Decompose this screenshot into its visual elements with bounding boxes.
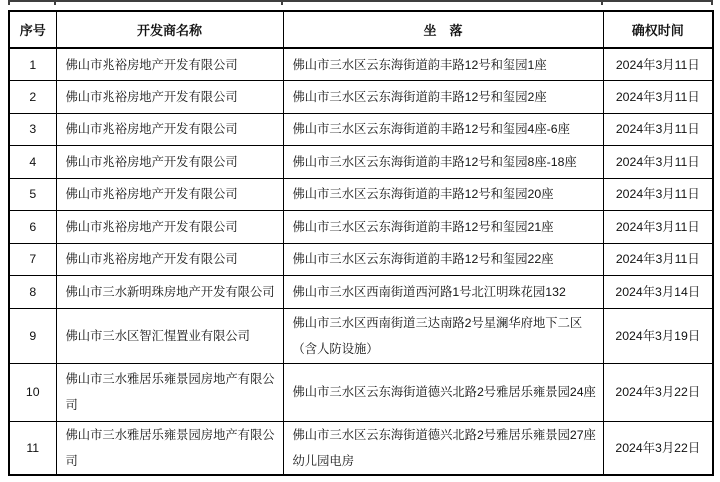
seq-no-cell: 1	[9, 48, 56, 81]
location-cell: 佛山市三水区云东海街道韵丰路12号和玺园4座-6座	[283, 113, 603, 146]
location-cell: 佛山市三水区云东海街道韵丰路12号和玺园22座	[283, 243, 603, 276]
developer-cell: 佛山市兆裕房地产开发有限公司	[56, 113, 283, 146]
header-cell-developer: 开发商名称	[56, 11, 283, 48]
table-row: 8 佛山市三水新明珠房地产开发有限公司 佛山市三水区西南街道西河路1号北江明珠花…	[9, 276, 713, 309]
developer-cell: 佛山市兆裕房地产开发有限公司	[56, 48, 283, 81]
location-cell: 佛山市三水区云东海街道德兴北路2号雅居乐雍景园27座 幼儿园电房	[283, 421, 603, 475]
table-row: 5 佛山市兆裕房地产开发有限公司 佛山市三水区云东海街道韵丰路12号和玺园20座…	[9, 178, 713, 211]
date-cell: 2024年3月11日	[603, 211, 713, 244]
column-divider-tick	[8, 0, 10, 5]
location-cell: 佛山市三水区云东海街道韵丰路12号和玺园20座	[283, 178, 603, 211]
developer-cell: 佛山市兆裕房地产开发有限公司	[56, 146, 283, 179]
column-divider-tick	[281, 0, 283, 5]
column-divider-tick	[711, 0, 713, 5]
location-cell: 佛山市三水区云东海街道韵丰路12号和玺园8座-18座	[283, 146, 603, 179]
table-row: 9 佛山市三水区智汇惺置业有限公司 佛山市三水区西南街道三达南路2号星澜华府地下…	[9, 308, 713, 363]
developer-cell: 佛山市三水雅居乐雍景园房地产有限公 司	[56, 421, 283, 475]
seq-no-cell: 11	[9, 421, 56, 475]
developer-cell: 佛山市三水新明珠房地产开发有限公司	[56, 276, 283, 309]
date-cell: 2024年3月11日	[603, 113, 713, 146]
header-cell-date: 确权时间	[603, 11, 713, 48]
location-cell: 佛山市三水区云东海街道韵丰路12号和玺园2座	[283, 81, 603, 114]
table-row: 10 佛山市三水雅居乐雍景园房地产有限公 司 佛山市三水区云东海街道德兴北路2号…	[9, 363, 713, 421]
header-cell-location: 坐 落	[283, 11, 603, 48]
date-cell: 2024年3月11日	[603, 146, 713, 179]
column-divider-tick	[54, 0, 56, 5]
table-row: 1 佛山市兆裕房地产开发有限公司 佛山市三水区云东海街道韵丰路12号和玺园1座 …	[9, 48, 713, 81]
seq-no-cell: 6	[9, 211, 56, 244]
date-cell: 2024年3月11日	[603, 243, 713, 276]
date-cell: 2024年3月11日	[603, 178, 713, 211]
seq-no-cell: 2	[9, 81, 56, 114]
developer-cell: 佛山市兆裕房地产开发有限公司	[56, 81, 283, 114]
table-row: 7 佛山市兆裕房地产开发有限公司 佛山市三水区云东海街道韵丰路12号和玺园22座…	[9, 243, 713, 276]
location-cell: 佛山市三水区云东海街道德兴北路2号雅居乐雍景园24座	[283, 363, 603, 421]
date-cell: 2024年3月14日	[603, 276, 713, 309]
developer-cell: 佛山市兆裕房地产开发有限公司	[56, 178, 283, 211]
column-divider-tick	[601, 0, 603, 5]
developer-cell: 佛山市三水区智汇惺置业有限公司	[56, 308, 283, 363]
seq-no-cell: 5	[9, 178, 56, 211]
location-cell: 佛山市三水区西南街道三达南路2号星澜华府地下二区 （含人防设施）	[283, 308, 603, 363]
table-row: 11 佛山市三水雅居乐雍景园房地产有限公 司 佛山市三水区云东海街道德兴北路2号…	[9, 421, 713, 475]
date-cell: 2024年3月11日	[603, 81, 713, 114]
seq-no-cell: 7	[9, 243, 56, 276]
developer-registration-table: 序号 开发商名称 坐 落 确权时间 1 佛山市兆裕房地产开发有限公司 佛山市三水…	[8, 10, 714, 476]
header-row: 序号 开发商名称 坐 落 确权时间	[9, 11, 713, 48]
developer-cell: 佛山市兆裕房地产开发有限公司	[56, 211, 283, 244]
date-cell: 2024年3月11日	[603, 48, 713, 81]
date-cell: 2024年3月19日	[603, 308, 713, 363]
date-cell: 2024年3月22日	[603, 363, 713, 421]
location-cell: 佛山市三水区西南街道西河路1号北江明珠花园132	[283, 276, 603, 309]
seq-no-cell: 10	[9, 363, 56, 421]
table-row: 6 佛山市兆裕房地产开发有限公司 佛山市三水区云东海街道韵丰路12号和玺园21座…	[9, 211, 713, 244]
developer-cell: 佛山市兆裕房地产开发有限公司	[56, 243, 283, 276]
table-row: 3 佛山市兆裕房地产开发有限公司 佛山市三水区云东海街道韵丰路12号和玺园4座-…	[9, 113, 713, 146]
location-cell: 佛山市三水区云东海街道韵丰路12号和玺园1座	[283, 48, 603, 81]
cropped-row-bottom-border	[8, 0, 713, 2]
cropped-row-top-edge	[8, 0, 713, 6]
location-cell: 佛山市三水区云东海街道韵丰路12号和玺园21座	[283, 211, 603, 244]
date-cell: 2024年3月22日	[603, 421, 713, 475]
seq-no-cell: 8	[9, 276, 56, 309]
table-row: 2 佛山市兆裕房地产开发有限公司 佛山市三水区云东海街道韵丰路12号和玺园2座 …	[9, 81, 713, 114]
header-cell-seq-no: 序号	[9, 11, 56, 48]
table-row: 4 佛山市兆裕房地产开发有限公司 佛山市三水区云东海街道韵丰路12号和玺园8座-…	[9, 146, 713, 179]
seq-no-cell: 9	[9, 308, 56, 363]
developer-cell: 佛山市三水雅居乐雍景园房地产有限公 司	[56, 363, 283, 421]
seq-no-cell: 4	[9, 146, 56, 179]
seq-no-cell: 3	[9, 113, 56, 146]
